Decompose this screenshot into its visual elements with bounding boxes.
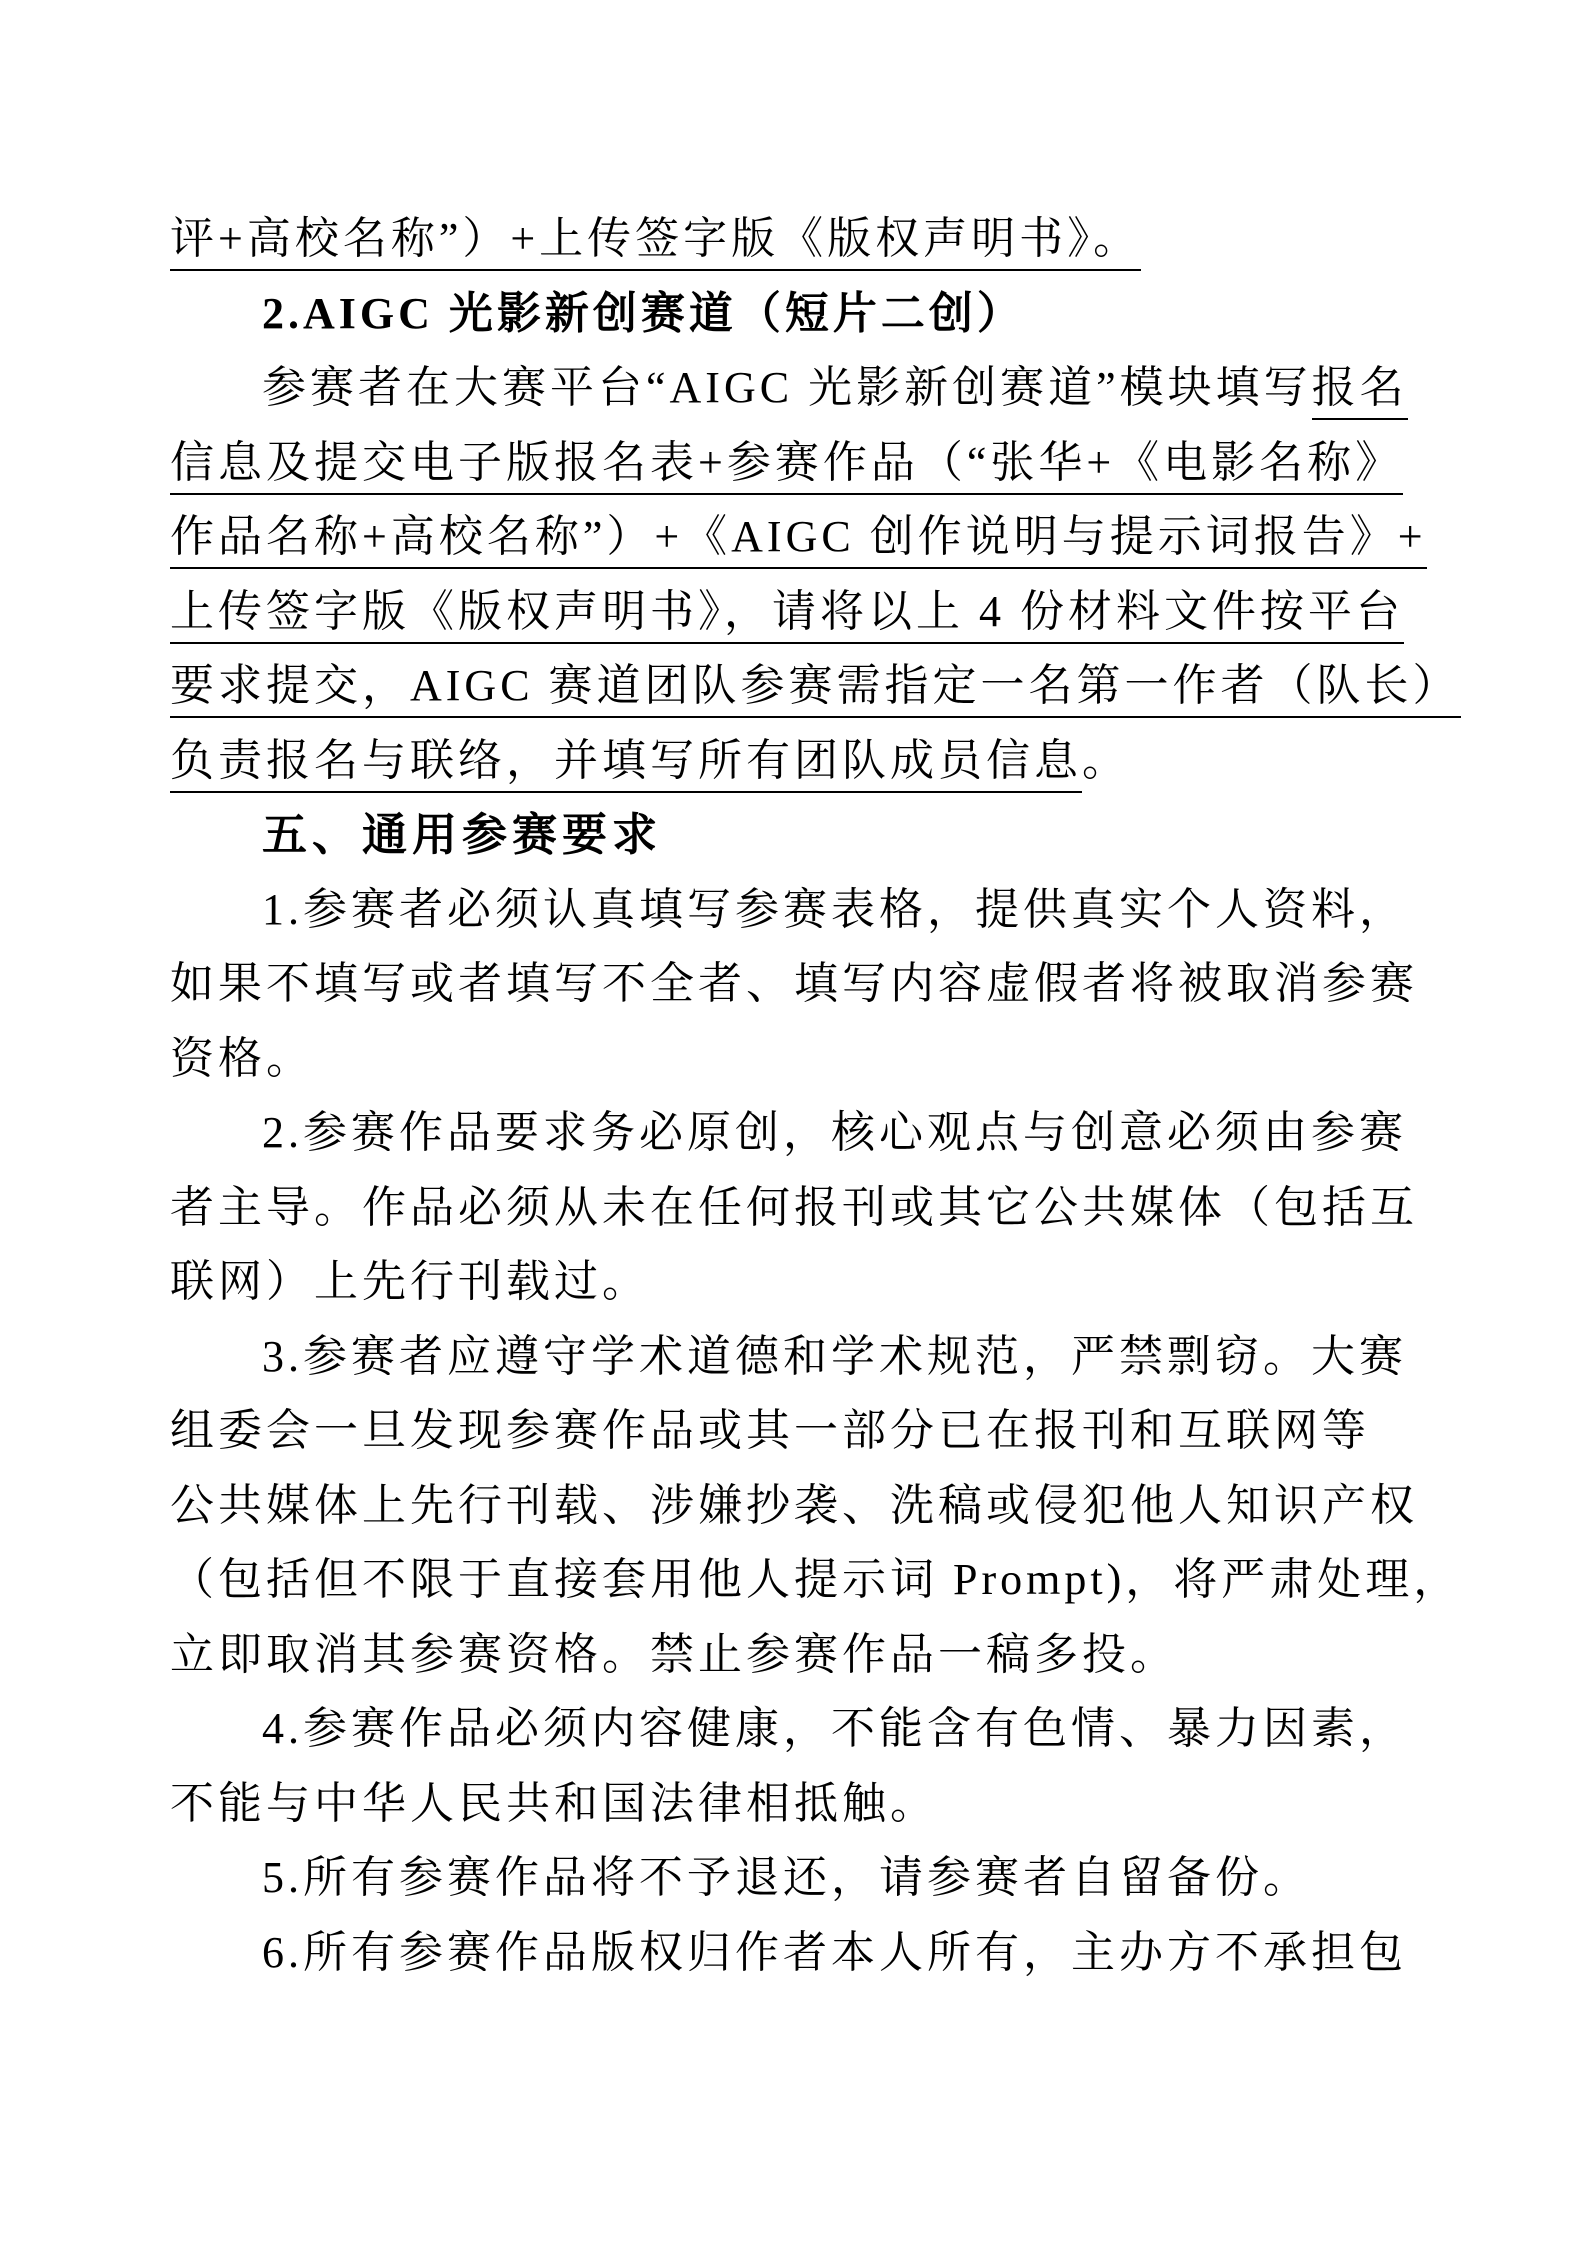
text-segment: 3.参赛者应遵守学术道德和学术规范，严禁剽窃。大赛 bbox=[262, 1332, 1407, 1381]
underlined-text-segment: 要求提交，AIGC 赛道团队参赛需指定一名第一作者（队长） bbox=[170, 661, 1461, 718]
text-segment: 不能与中华人民共和国法律相抵触。 bbox=[170, 1779, 938, 1828]
text-segment: 立即取消其参赛资格。禁止参赛作品一稿多投。 bbox=[170, 1630, 1178, 1679]
text-line: 组委会一旦发现参赛作品或其一部分已在报刊和互联网等 bbox=[170, 1394, 1460, 1469]
text-line: 负责报名与联络，并填写所有团队成员信息。 bbox=[170, 724, 1460, 799]
text-segment: 五、通用参赛要求 bbox=[262, 809, 662, 860]
text-segment: 4.参赛作品必须内容健康，不能含有色情、暴力因素， bbox=[262, 1704, 1407, 1753]
text-line: 不能与中华人民共和国法律相抵触。 bbox=[170, 1767, 1460, 1842]
text-line: 信息及提交电子版报名表+参赛作品（“张华+《电影名称》 bbox=[170, 426, 1460, 501]
underlined-text-segment: 作品名称+高校名称”）+《AIGC 创作说明与提示词报告》+ bbox=[170, 512, 1427, 569]
text-segment: 2.参赛作品要求务必原创，核心观点与创意必须由参赛 bbox=[262, 1108, 1407, 1157]
section-heading: 五、通用参赛要求 bbox=[170, 798, 1460, 873]
text-line: 要求提交，AIGC 赛道团队参赛需指定一名第一作者（队长） bbox=[170, 649, 1460, 724]
text-line: 5.所有参赛作品将不予退还，请参赛者自留备份。 bbox=[170, 1841, 1460, 1916]
text-line: 资格。 bbox=[170, 1022, 1460, 1097]
text-segment: 1.参赛者必须认真填写参赛表格，提供真实个人资料， bbox=[262, 885, 1407, 934]
text-segment: 5.所有参赛作品将不予退还，请参赛者自留备份。 bbox=[262, 1853, 1311, 1902]
document-text-block: 评+高校名称”）+上传签字版《版权声明书》。2.AIGC 光影新创赛道（短片二创… bbox=[170, 202, 1460, 1990]
text-segment: 者主导。作品必须从未在任何报刊或其它公共媒体（包括互 bbox=[170, 1183, 1418, 1232]
text-line: 6.所有参赛作品版权归作者本人所有，主办方不承担包 bbox=[170, 1916, 1460, 1991]
text-line: （包括但不限于直接套用他人提示词 Prompt)，将严肃处理， bbox=[170, 1543, 1460, 1618]
text-line: 3.参赛者应遵守学术道德和学术规范，严禁剽窃。大赛 bbox=[170, 1320, 1460, 1395]
text-line: 参赛者在大赛平台“AIGC 光影新创赛道”模块填写报名 bbox=[170, 351, 1460, 426]
text-segment: 参赛者在大赛平台“AIGC 光影新创赛道”模块填写 bbox=[262, 363, 1312, 412]
text-segment: 资格。 bbox=[170, 1034, 314, 1083]
text-line: 上传签字版《版权声明书》，请将以上 4 份材料文件按平台 bbox=[170, 575, 1460, 650]
text-segment: 如果不填写或者填写不全者、填写内容虚假者将被取消参赛 bbox=[170, 959, 1418, 1008]
text-segment: 6.所有参赛作品版权归作者本人所有，主办方不承担包 bbox=[262, 1928, 1407, 1977]
text-line: 评+高校名称”）+上传签字版《版权声明书》。 bbox=[170, 202, 1460, 277]
underlined-text-segment: 报名 bbox=[1312, 363, 1408, 420]
underlined-text-segment: 上传签字版《版权声明书》，请将以上 4 份材料文件按平台 bbox=[170, 587, 1404, 644]
text-line: 联网）上先行刊载过。 bbox=[170, 1245, 1460, 1320]
text-line: 公共媒体上先行刊载、涉嫌抄袭、洗稿或侵犯他人知识产权 bbox=[170, 1469, 1460, 1544]
text-segment: 。 bbox=[1082, 736, 1130, 785]
text-segment: （包括但不限于直接套用他人提示词 Prompt)，将严肃处理， bbox=[170, 1555, 1461, 1604]
text-line: 如果不填写或者填写不全者、填写内容虚假者将被取消参赛 bbox=[170, 947, 1460, 1022]
text-line: 4.参赛作品必须内容健康，不能含有色情、暴力因素， bbox=[170, 1692, 1460, 1767]
text-line: 作品名称+高校名称”）+《AIGC 创作说明与提示词报告》+ bbox=[170, 500, 1460, 575]
text-line: 2.参赛作品要求务必原创，核心观点与创意必须由参赛 bbox=[170, 1096, 1460, 1171]
text-line: 者主导。作品必须从未在任何报刊或其它公共媒体（包括互 bbox=[170, 1171, 1460, 1246]
text-line: 1.参赛者必须认真填写参赛表格，提供真实个人资料， bbox=[170, 873, 1460, 948]
underlined-text-segment: 负责报名与联络，并填写所有团队成员信息 bbox=[170, 736, 1082, 793]
document-page: 评+高校名称”）+上传签字版《版权声明书》。2.AIGC 光影新创赛道（短片二创… bbox=[0, 0, 1587, 2245]
underlined-text-segment: 评+高校名称”）+上传签字版《版权声明书》。 bbox=[170, 214, 1141, 271]
text-segment: 2.AIGC 光影新创赛道（短片二创） bbox=[262, 289, 1025, 338]
text-line: 2.AIGC 光影新创赛道（短片二创） bbox=[170, 277, 1460, 352]
text-line: 立即取消其参赛资格。禁止参赛作品一稿多投。 bbox=[170, 1618, 1460, 1693]
text-segment: 公共媒体上先行刊载、涉嫌抄袭、洗稿或侵犯他人知识产权 bbox=[170, 1481, 1418, 1530]
text-segment: 组委会一旦发现参赛作品或其一部分已在报刊和互联网等 bbox=[170, 1406, 1370, 1455]
underlined-text-segment: 信息及提交电子版报名表+参赛作品（“张华+《电影名称》 bbox=[170, 438, 1403, 495]
text-segment: 联网）上先行刊载过。 bbox=[170, 1257, 650, 1306]
